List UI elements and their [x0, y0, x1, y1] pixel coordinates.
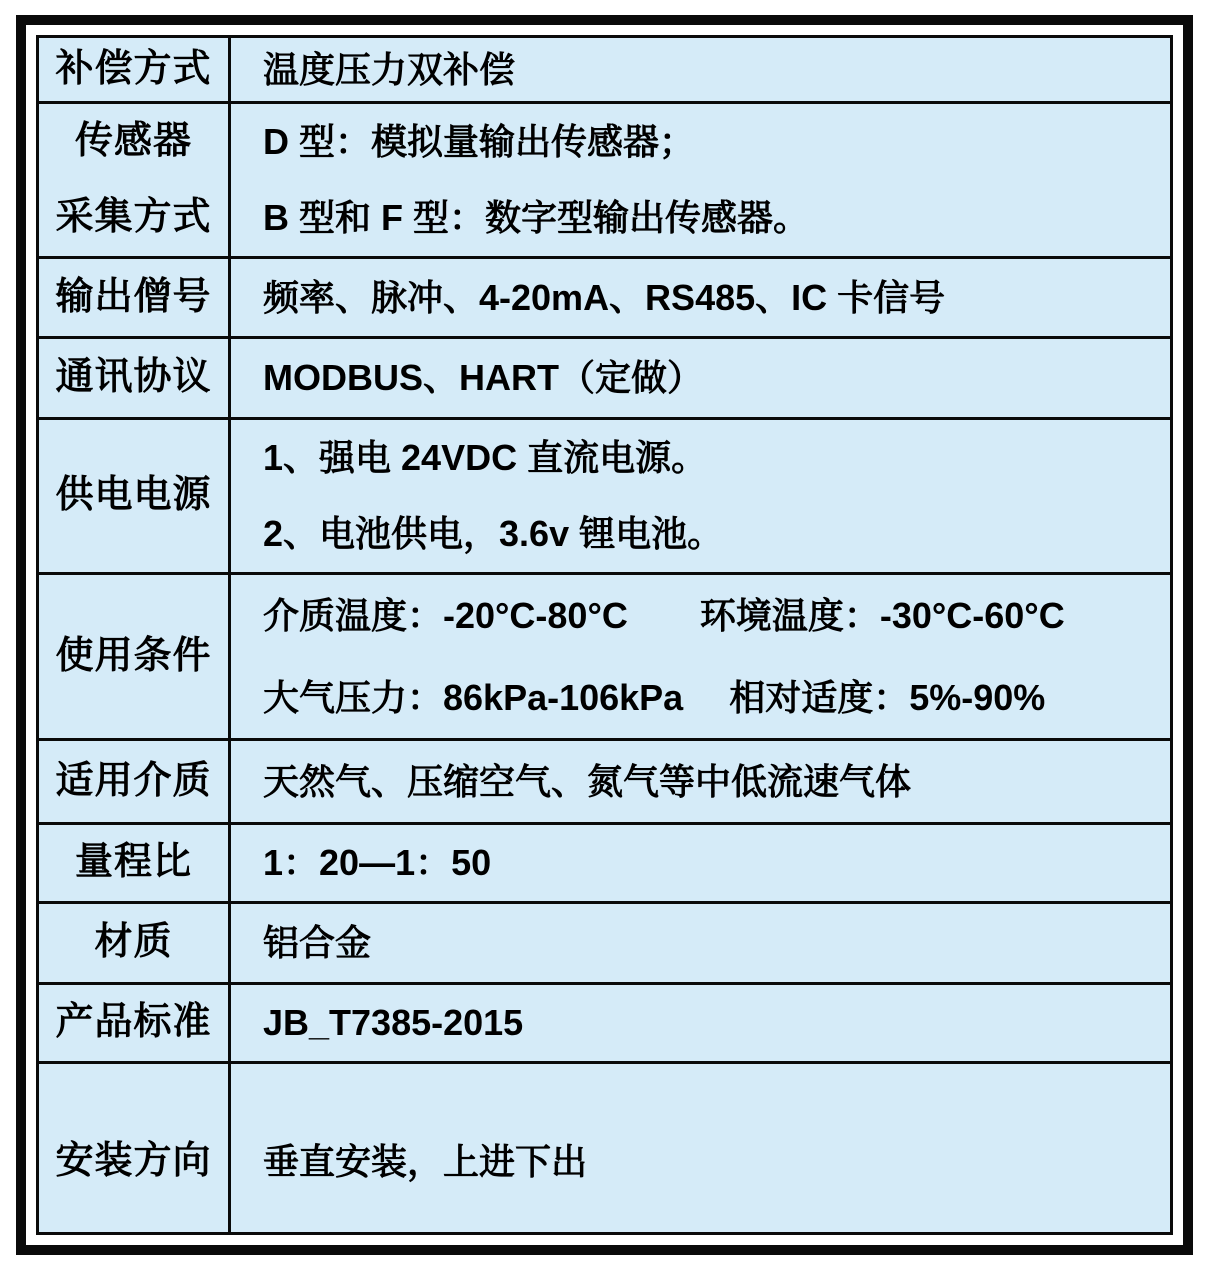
table-row-compensation: 补偿方式 温度压力双补偿: [39, 38, 1170, 104]
row-label-text: 产品标准: [55, 1001, 211, 1045]
row-label: 供电电源: [39, 420, 231, 572]
row-value-line-1: 1、强电 24VDC 直流电源。: [263, 437, 1160, 478]
row-label: 补偿方式: [39, 38, 231, 101]
row-value-line-2: 2、电池供电，3.6v 锂电池。: [263, 513, 1160, 554]
row-label: 适用介质: [39, 741, 231, 822]
table-row-product-standard: 产品标准 JB_T7385-2015: [39, 985, 1170, 1064]
row-label-text: 材质: [94, 921, 172, 965]
row-label: 安装方向: [39, 1064, 231, 1232]
row-label-text: 使用条件: [55, 635, 211, 679]
row-value: D 型：模拟量输出传感器； B 型和 F 型：数字型输出传感器。: [231, 104, 1170, 256]
row-label: 传感器 采集方式: [39, 104, 231, 256]
row-value: MODBUS、HART（定做）: [231, 339, 1170, 417]
row-label-text: 供电电源: [55, 474, 211, 518]
spec-table: 补偿方式 温度压力双补偿 传感器 采集方式 D 型：模拟量输出传感器； B 型和…: [36, 35, 1173, 1235]
row-value: 温度压力双补偿: [231, 38, 1170, 101]
row-label-line-1: 传感器: [75, 120, 192, 164]
table-row-output-signal: 输出僧号 频率、脉冲、4-20mA、RS485、IC 卡信号: [39, 259, 1170, 339]
row-label: 输出僧号: [39, 259, 231, 336]
row-value: 1、强电 24VDC 直流电源。 2、电池供电，3.6v 锂电池。: [231, 420, 1170, 572]
row-value-text: 1：20—1：50: [263, 842, 1160, 883]
row-value-text: 温度压力双补偿: [263, 49, 1160, 90]
table-row-protocol: 通讯协议 MODBUS、HART（定做）: [39, 339, 1170, 420]
row-value-text: 铝合金: [263, 922, 1160, 963]
row-label-text: 量程比: [75, 841, 192, 885]
row-label-text: 补偿方式: [55, 48, 211, 92]
table-row-sensor-acquisition: 传感器 采集方式 D 型：模拟量输出传感器； B 型和 F 型：数字型输出传感器…: [39, 104, 1170, 259]
row-value-text: 垂直安装，上进下出: [263, 1141, 1160, 1182]
row-label-text: 通讯协议: [55, 356, 211, 400]
row-value-line-2: 大气压力：86kPa-106kPa 相对适度：5%-90%: [263, 677, 1160, 718]
row-value: JB_T7385-2015: [231, 985, 1170, 1061]
table-row-mounting-direction: 安装方向 垂直安装，上进下出: [39, 1064, 1170, 1232]
row-value-text: MODBUS、HART（定做）: [263, 357, 1160, 398]
row-value: 天然气、压缩空气、氮气等中低流速气体: [231, 741, 1170, 822]
row-label: 量程比: [39, 825, 231, 901]
row-value-line-2: B 型和 F 型：数字型输出传感器。: [263, 197, 1160, 238]
row-value: 铝合金: [231, 904, 1170, 982]
row-label: 材质: [39, 904, 231, 982]
row-value-text: 频率、脉冲、4-20mA、RS485、IC 卡信号: [263, 277, 1160, 318]
spec-sheet-frame: 补偿方式 温度压力双补偿 传感器 采集方式 D 型：模拟量输出传感器； B 型和…: [16, 15, 1193, 1255]
row-value: 频率、脉冲、4-20mA、RS485、IC 卡信号: [231, 259, 1170, 336]
row-value: 垂直安装，上进下出: [231, 1064, 1170, 1232]
row-label: 产品标准: [39, 985, 231, 1061]
table-row-applicable-media: 适用介质 天然气、压缩空气、氮气等中低流速气体: [39, 741, 1170, 825]
row-value-line-1: D 型：模拟量输出传感器；: [263, 121, 1160, 162]
row-value: 1：20—1：50: [231, 825, 1170, 901]
row-value-text: 天然气、压缩空气、氮气等中低流速气体: [263, 761, 1160, 802]
table-row-operating-conditions: 使用条件 介质温度：-20°C-80°C 环境温度：-30°C-60°C 大气压…: [39, 575, 1170, 741]
row-label-line-2: 采集方式: [55, 196, 211, 240]
row-value: 介质温度：-20°C-80°C 环境温度：-30°C-60°C 大气压力：86k…: [231, 575, 1170, 738]
row-value-line-1: 介质温度：-20°C-80°C 环境温度：-30°C-60°C: [263, 595, 1160, 636]
table-row-power-supply: 供电电源 1、强电 24VDC 直流电源。 2、电池供电，3.6v 锂电池。: [39, 420, 1170, 575]
table-row-material: 材质 铝合金: [39, 904, 1170, 985]
row-label: 通讯协议: [39, 339, 231, 417]
row-label-text: 安装方向: [55, 1140, 211, 1184]
row-label-text: 适用介质: [55, 760, 211, 804]
row-label: 使用条件: [39, 575, 231, 738]
row-label-text: 输出僧号: [55, 276, 211, 320]
row-value-text: JB_T7385-2015: [263, 1002, 1160, 1043]
table-row-turndown-ratio: 量程比 1：20—1：50: [39, 825, 1170, 904]
